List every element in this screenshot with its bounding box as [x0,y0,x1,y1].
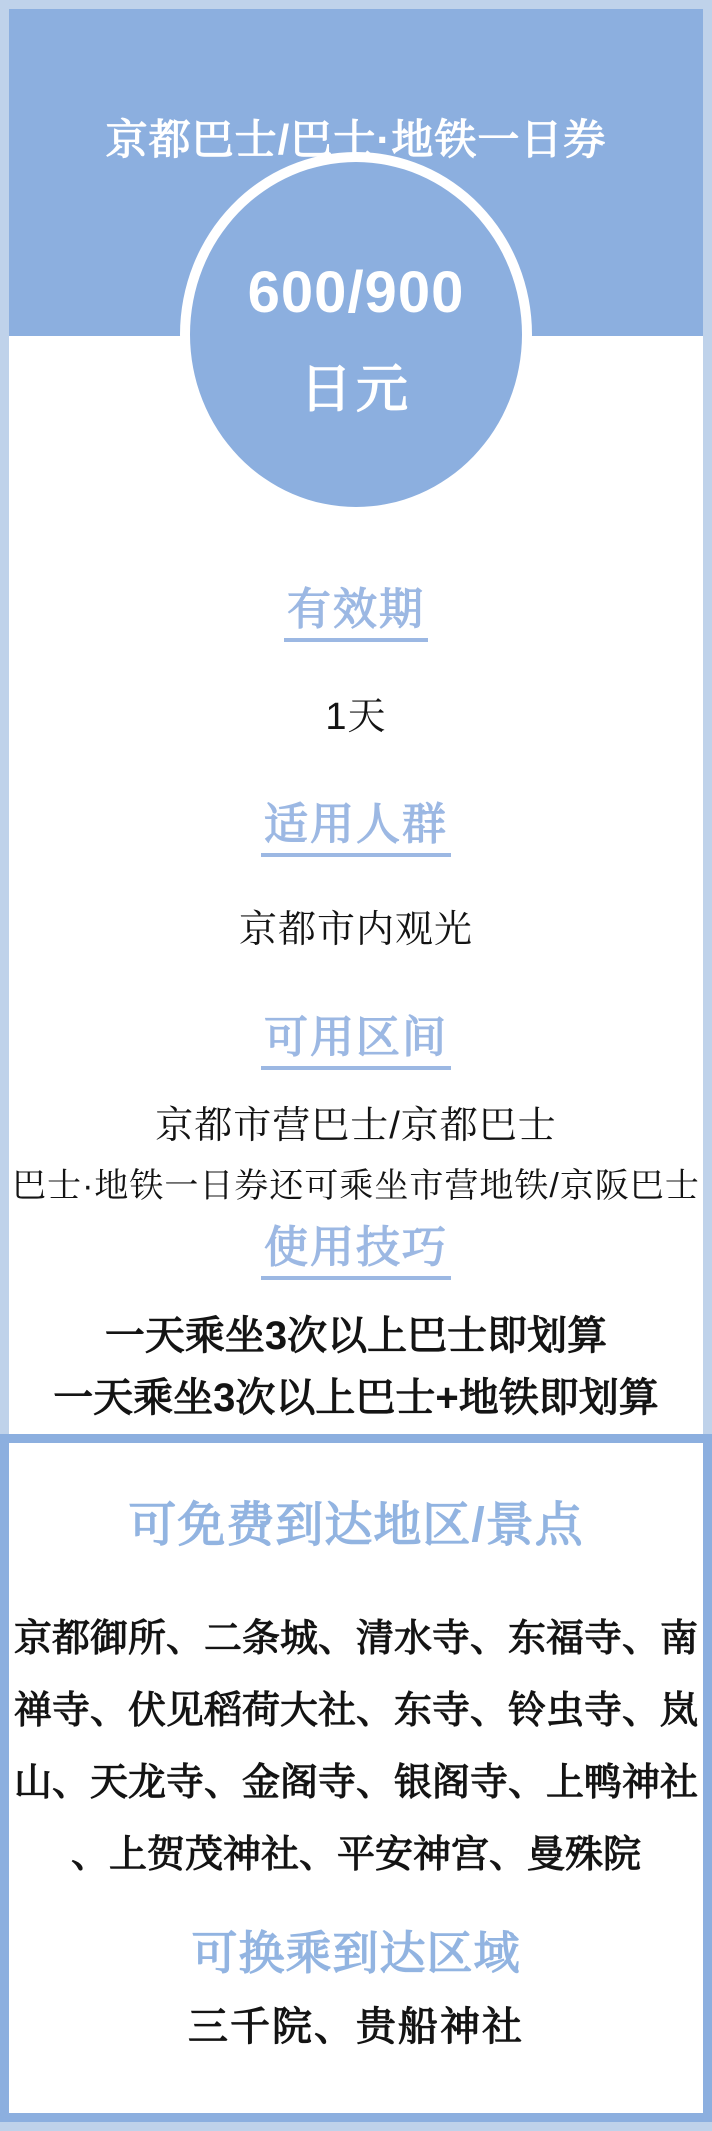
ticket-infographic-card: 京都巴士/巴士·地铁一日券 600/900 日元 有效期 1天 适用人群 京都市… [0,0,712,2131]
section-heading-coverage: 可用区间 [0,1016,712,1070]
section-heading-audience: 适用人群 [0,803,712,857]
coverage-line-2: 巴士·地铁一日券还可乘坐市营地铁/京阪巴士 [0,1166,712,1207]
free-area-line-4: 、上贺茂神社、平安神宫、曼殊院 [9,1836,703,1874]
coverage-line-1: 京都市营巴士/京都巴士 [0,1104,712,1150]
free-area-line-2: 禅寺、伏见稻荷大社、东寺、铃虫寺、岚 [9,1692,703,1730]
transfer-area-title: 可换乘到达区域 [9,1930,703,1976]
price-value: 600/900 [248,264,465,322]
section-heading-tips: 使用技巧 [0,1226,712,1280]
validity-value: 1天 [0,695,712,741]
tip-line-1: 一天乘坐3次以上巴士即划算 [0,1312,712,1360]
audience-value: 京都市内观光 [0,908,712,954]
free-area-line-1: 京都御所、二条城、清水寺、东福寺、南 [9,1620,703,1658]
free-area-title: 可免费到达地区/景点 [9,1502,703,1550]
tip-line-2: 一天乘坐3次以上巴士+地铁即划算 [0,1374,712,1422]
free-area-line-3: 山、天龙寺、金阁寺、银阁寺、上鸭神社 [9,1764,703,1802]
section-heading-validity: 有效期 [0,588,712,642]
price-currency: 日元 [300,364,412,416]
free-area-box: 可免费到达地区/景点 京都御所、二条城、清水寺、东福寺、南 禅寺、伏见稻荷大社、… [0,1434,712,2122]
price-circle: 600/900 日元 [180,152,532,517]
transfer-area-value: 三千院、贵船神社 [9,2007,703,2047]
